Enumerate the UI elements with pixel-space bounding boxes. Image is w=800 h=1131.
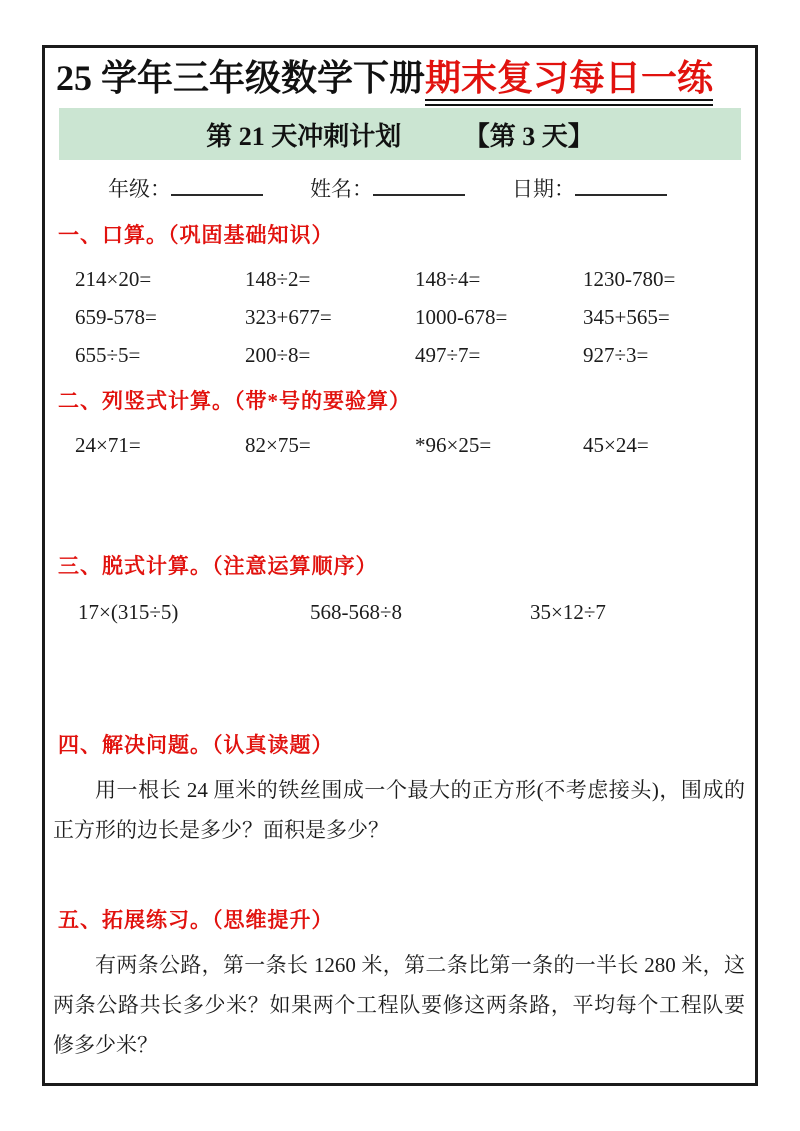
oral-problems-grid: 214×20= 148÷2= 148÷4= 1230-780= 659-578=… — [45, 267, 755, 368]
extension-problem-text: 有两条公路，第一条长 1260 米，第二条比第一条的一半长 280 米，这两条公… — [53, 945, 745, 1065]
oral-problem: 345+565= — [583, 305, 755, 330]
oral-problem: 214×20= — [75, 267, 245, 292]
oral-problem: 927÷3= — [583, 343, 755, 368]
oral-problem: 655÷5= — [75, 343, 245, 368]
stepwise-problem: 568-568÷8 — [310, 600, 530, 625]
oral-problem: 659-578= — [75, 305, 245, 330]
name-label: 姓名： — [310, 177, 373, 201]
banner-plan-text: 第 21 天冲刺计划 — [206, 122, 401, 151]
day-plan-banner: 第 21 天冲刺计划 【第 3 天】 — [59, 108, 741, 160]
vertical-problems-grid: 24×71= 82×75= *96×25= 45×24= — [45, 433, 755, 458]
name-blank-line — [373, 174, 465, 196]
oral-problem: 497÷7= — [415, 343, 583, 368]
worksheet-page: 25 学年三年级数学下册期末复习每日一练 第 21 天冲刺计划 【第 3 天】 … — [0, 0, 800, 1131]
banner-day-text: 【第 3 天】 — [464, 122, 594, 151]
section-title-word: 四、解决问题。（认真读题） — [58, 729, 755, 759]
vertical-problem: 45×24= — [583, 433, 755, 458]
title-red-part: 期末复习每日一练 — [425, 58, 713, 106]
oral-problem: 1000-678= — [415, 305, 583, 330]
date-blank-line — [575, 174, 667, 196]
title-black-part: 25 学年三年级数学下册 — [56, 58, 425, 98]
worksheet-frame: 25 学年三年级数学下册期末复习每日一练 第 21 天冲刺计划 【第 3 天】 … — [42, 45, 758, 1086]
oral-problem: 148÷2= — [245, 267, 415, 292]
grade-blank-line — [171, 174, 263, 196]
oral-problem: 323+677= — [245, 305, 415, 330]
stepwise-problem: 17×(315÷5) — [78, 600, 310, 625]
oral-problem: 148÷4= — [415, 267, 583, 292]
oral-problem: 1230-780= — [583, 267, 755, 292]
vertical-problem: 82×75= — [245, 433, 415, 458]
student-info-row: 年级： 姓名： 日期： — [108, 173, 755, 203]
name-field: 姓名： — [310, 173, 465, 203]
vertical-problem: 24×71= — [75, 433, 245, 458]
stepwise-problem: 35×12÷7 — [530, 600, 755, 625]
date-field: 日期： — [512, 173, 667, 203]
date-label: 日期： — [512, 177, 575, 201]
grade-label: 年级： — [108, 177, 171, 201]
grade-field: 年级： — [108, 173, 263, 203]
vertical-problem: *96×25= — [415, 433, 583, 458]
word-problem-text: 用一根长 24 厘米的铁丝围成一个最大的正方形(不考虑接头)，围成的正方形的边长… — [53, 770, 745, 850]
oral-problem: 200÷8= — [245, 343, 415, 368]
section-title-stepwise: 三、脱式计算。（注意运算顺序） — [58, 550, 755, 580]
section-title-oral: 一、口算。（巩固基础知识） — [58, 219, 755, 249]
worksheet-title: 25 学年三年级数学下册期末复习每日一练 — [45, 48, 755, 105]
section-title-extension: 五、拓展练习。（思维提升） — [58, 904, 755, 934]
section-title-vertical: 二、列竖式计算。（带*号的要验算） — [58, 385, 755, 415]
stepwise-problems-grid: 17×(315÷5) 568-568÷8 35×12÷7 — [45, 600, 755, 625]
